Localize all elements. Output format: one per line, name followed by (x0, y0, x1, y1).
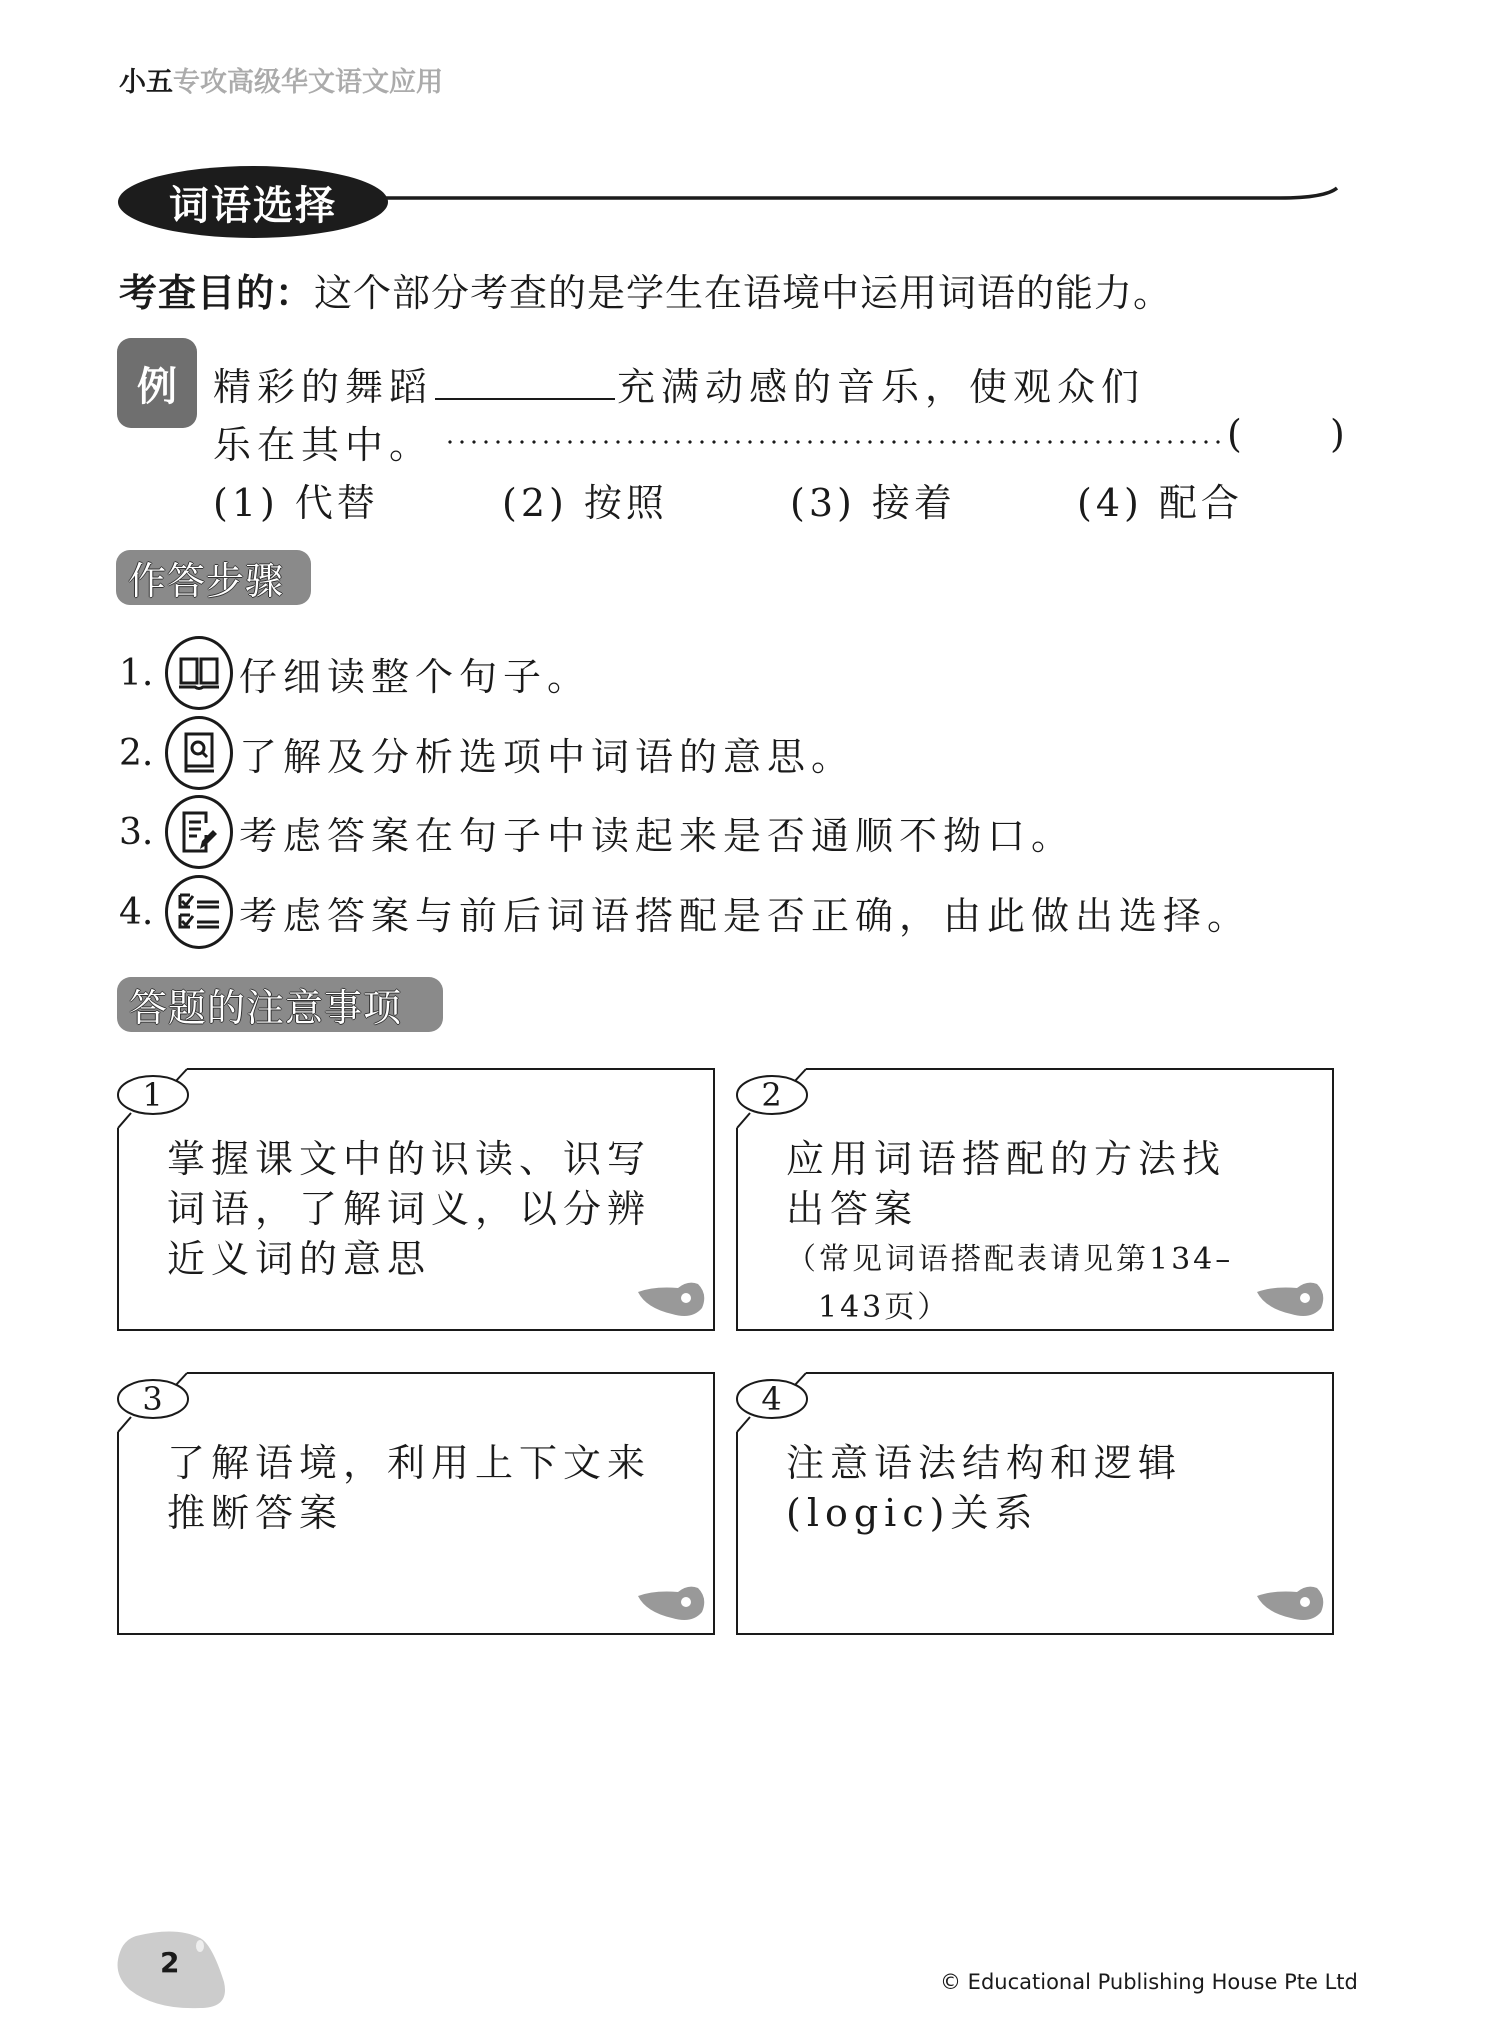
copyright: © Educational Publishing House Pte Ltd (940, 1970, 1358, 1994)
example-badge-label: 例 (137, 355, 177, 412)
book-search-icon (165, 716, 233, 790)
title-rule (380, 186, 1360, 210)
example-blank[interactable] (435, 364, 615, 400)
step-text: 仔细读整个句子。 (239, 646, 591, 701)
card-number: 1 (117, 1075, 188, 1115)
step-text: 考虑答案与前后词语搭配是否正确，由此做出选择。 (239, 885, 1251, 940)
decorative-blob-icon (636, 1584, 706, 1622)
card-note-line1: （常见词语搭配表请见第134– (786, 1236, 1255, 1284)
dotted-leader (444, 440, 1224, 444)
card-text: 注意语法结构和逻辑(logic)关系 (786, 1438, 1295, 1538)
card-note: （常见词语搭配表请见第134– 143页） (786, 1236, 1255, 1332)
card-text: 了解语境，利用上下文来推断答案 (167, 1438, 676, 1538)
section-title: 词语选择 (169, 174, 337, 231)
example-option-4[interactable]: (4) 配合 (1077, 472, 1243, 527)
answer-paren-open: ( (1227, 412, 1242, 456)
note-card-3: 3 了解语境，利用上下文来推断答案 (117, 1372, 716, 1636)
step-item-4: 4. 考虑答案与前后词语搭配是否正确，由此做出选择。 (119, 876, 1251, 948)
step-item-2: 2. 了解及分析选项中词语的意思。 (119, 717, 855, 789)
running-header: 小五专攻高级华文语文应用 (119, 60, 443, 99)
step-number: 2. (119, 733, 165, 774)
step-item-3: 3. 考虑答案在句子中读起来是否通顺不拗口。 (119, 796, 1075, 868)
example-sentence-line1: 精彩的舞蹈充满动感的音乐，使观众们 (213, 356, 1145, 411)
step-text: 考虑答案在句子中读起来是否通顺不拗口。 (239, 805, 1075, 860)
open-book-icon (165, 636, 233, 710)
checklist-icon (165, 875, 233, 949)
example-sentence-line2: 乐在其中。 (213, 414, 433, 469)
decorative-blob-icon (1255, 1584, 1325, 1622)
example-option-2[interactable]: (2) 按照 (502, 472, 668, 527)
note-card-1: 1 掌握课文中的识读、识写词语，了解词义，以分辨近义词的意思 (117, 1068, 716, 1332)
note-card-2: 2 应用词语搭配的方法找出答案 （常见词语搭配表请见第134– 143页） (736, 1068, 1335, 1332)
card-number: 4 (736, 1379, 807, 1419)
step-text: 了解及分析选项中词语的意思。 (239, 726, 855, 781)
card-main-text: 应用词语搭配的方法找出答案 (786, 1134, 1255, 1234)
step-number: 4. (119, 892, 165, 933)
example-option-3[interactable]: (3) 接着 (790, 472, 956, 527)
answer-box[interactable] (1245, 414, 1325, 462)
section-title-pill: 词语选择 (118, 166, 388, 238)
document-edit-icon (165, 795, 233, 869)
objective-label: 考查目的： (119, 271, 314, 315)
notes-heading-badge: 答题的注意事项 (117, 977, 443, 1032)
decorative-blob-icon (636, 1280, 706, 1318)
step-number: 1. (119, 653, 165, 694)
example-text-before: 精彩的舞蹈 (213, 365, 433, 409)
decorative-blob-icon (1255, 1280, 1325, 1318)
example-text-after: 充满动感的音乐，使观众们 (617, 365, 1145, 409)
card-number: 2 (736, 1075, 807, 1115)
step-item-1: 1. 仔细读整个句子。 (119, 637, 591, 709)
answer-paren-close: ) (1330, 412, 1345, 456)
card-text: 掌握课文中的识读、识写词语，了解词义，以分辨近义词的意思 (167, 1134, 676, 1284)
header-grade: 小五 (119, 67, 173, 98)
example-option-1[interactable]: (1) 代替 (213, 472, 379, 527)
example-badge: 例 (117, 338, 197, 428)
card-number: 3 (117, 1379, 188, 1419)
card-text: 应用词语搭配的方法找出答案 （常见词语搭配表请见第134– 143页） (786, 1134, 1255, 1332)
objective-text: 这个部分考查的是学生在语境中运用词语的能力。 (314, 271, 1172, 315)
note-card-4: 4 注意语法结构和逻辑(logic)关系 (736, 1372, 1335, 1636)
page-number: 2 (160, 1946, 179, 1979)
step-number: 3. (119, 812, 165, 853)
steps-heading: 作答步骤 (128, 550, 284, 605)
notes-heading: 答题的注意事项 (129, 977, 402, 1032)
objective: 考查目的：这个部分考查的是学生在语境中运用词语的能力。 (119, 262, 1172, 317)
header-series: 专攻高级华文语文应用 (173, 67, 443, 98)
steps-heading-badge: 作答步骤 (116, 550, 311, 605)
card-note-line2: 143页） (786, 1284, 1255, 1332)
